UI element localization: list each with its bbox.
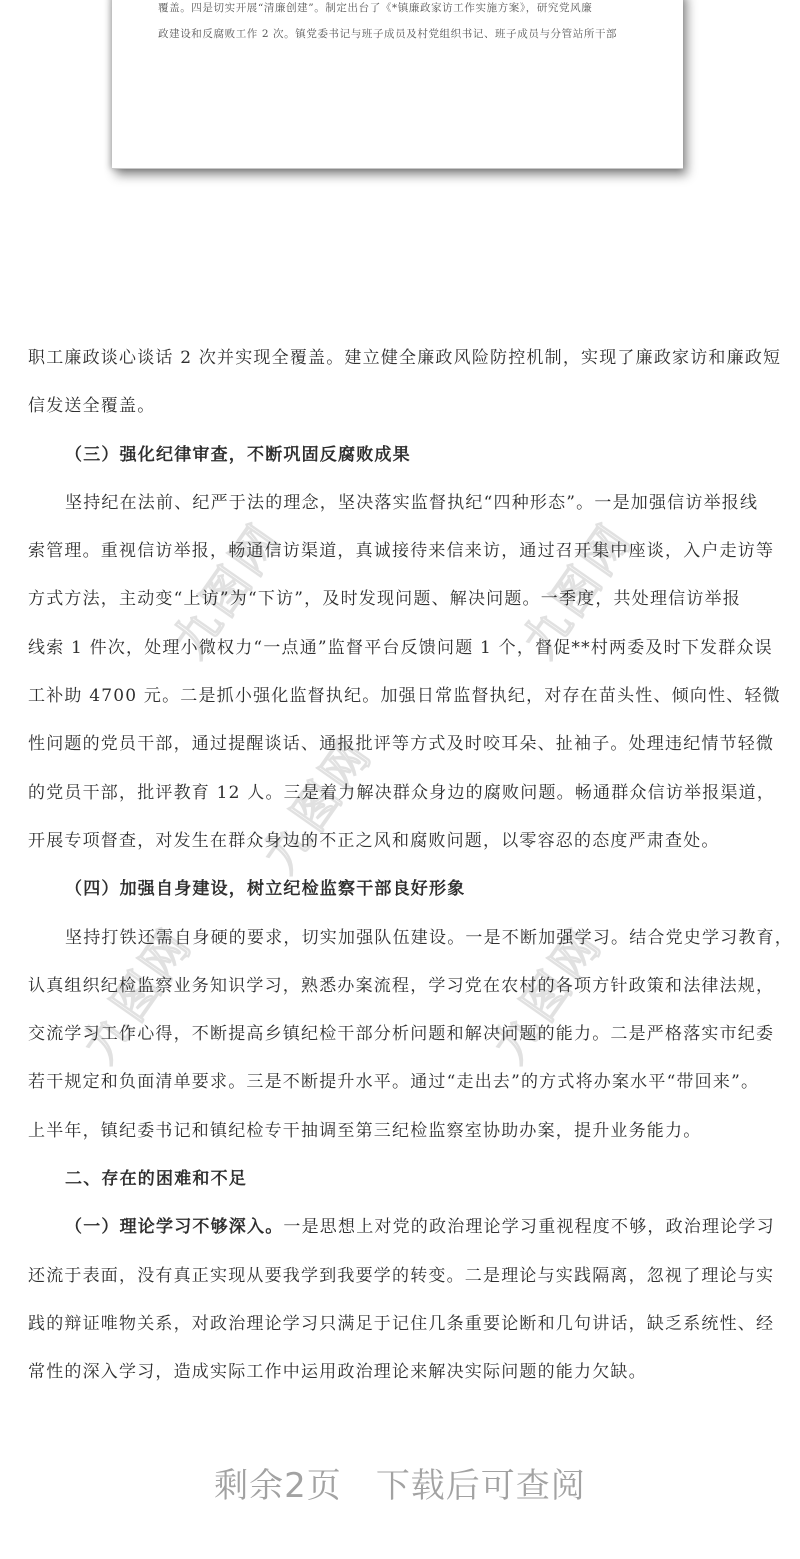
- section-heading: 二、存在的困难和不足: [28, 1159, 776, 1207]
- text-line: 开展专项督查，对发生在群众身边的不正之风和腐败问题，以零容忍的态度严肃查处。: [28, 821, 776, 869]
- text-line: （一）理论学习不够深入。一是思想上对党的政治理论学习重视程度不够，政治理论学习: [28, 1207, 776, 1255]
- text-line: 方式方法，主动变“上访”为“下访”，及时发现问题、解决问题。一季度，共处理信访举…: [28, 579, 776, 627]
- text-line: 践的辩证唯物关系，对政治理论学习只满足于记住几条重要论断和几句讲话，缺乏系统性、…: [28, 1304, 776, 1352]
- document-body: 职工廉政谈心谈话 2 次并实现全覆盖。建立健全廉政风险防控机制，实现了廉政家访和…: [28, 338, 776, 1401]
- text-line: 性问题的党员干部，通过提醒谈话、通报批评等方式及时咬耳朵、扯袖子。处理违纪情节轻…: [28, 724, 776, 772]
- text-line: 坚持纪在法前、纪严于法的理念，坚决落实监督执纪“四种形态”。一是加强信访举报线: [28, 483, 776, 531]
- text-line: 认真组织纪检监察业务知识学习，熟悉办案流程，学习党在农村的各项方针政策和法律法规…: [28, 966, 776, 1014]
- text-line: 上半年，镇纪委书记和镇纪检专干抽调至第三纪检监察室协助办案，提升业务能力。: [28, 1111, 776, 1159]
- text-run: 一是思想上对党的政治理论学习重视程度不够，政治理论学习: [283, 1217, 774, 1237]
- remaining-pages-label: 剩余2页: [214, 1466, 342, 1506]
- preview-text-line: 政建设和反腐败工作 2 次。镇党委书记与班子成员及村党组织书记、班子成员与分管站…: [158, 26, 617, 41]
- section-heading: （四）加强自身建设，树立纪检监察干部良好形象: [28, 869, 776, 917]
- subsection-heading: （一）理论学习不够深入。: [65, 1217, 283, 1237]
- text-line: 的党员干部，批评教育 12 人。三是着力解决群众身边的腐败问题。畅通群众信访举报…: [28, 773, 776, 821]
- text-line: 交流学习工作心得，不断提高乡镇纪检干部分析问题和解决问题的能力。二是严格落实市纪…: [28, 1014, 776, 1062]
- text-line: 若干规定和负面清单要求。三是不断提升水平。通过“走出去”的方式将办案水平“带回来…: [28, 1062, 776, 1110]
- text-line: 还流于表面，没有真正实现从要我学到我要学的转变。二是理论与实践隔离，忽视了理论与…: [28, 1256, 776, 1304]
- preview-text-line: 覆盖。四是切实开展“清廉创建”。制定出台了《*镇廉政家访工作实施方案》，研究党风…: [158, 0, 592, 15]
- document-page-preview: 覆盖。四是切实开展“清廉创建”。制定出台了《*镇廉政家访工作实施方案》，研究党风…: [112, 0, 683, 169]
- download-prompt[interactable]: 剩余2页下载后可查阅: [0, 1458, 800, 1507]
- download-hint-label: 下载后可查阅: [376, 1466, 586, 1506]
- text-line: 工补助 4700 元。二是抓小强化监督执纪。加强日常监督执纪，对存在苗头性、倾向…: [28, 676, 776, 724]
- text-line: 坚持打铁还需自身硬的要求，切实加强队伍建设。一是不断加强学习。结合党史学习教育，: [28, 918, 776, 966]
- text-line: 线索 1 件次，处理小微权力“一点通”监督平台反馈问题 1 个，督促**村两委及…: [28, 628, 776, 676]
- text-line: 常性的深入学习，造成实际工作中运用政治理论来解决实际问题的能力欠缺。: [28, 1352, 776, 1400]
- section-heading: （三）强化纪律审查，不断巩固反腐败成果: [28, 435, 776, 483]
- text-line: 索管理。重视信访举报，畅通信访渠道，真诚接待来信来访，通过召开集中座谈，入户走访…: [28, 531, 776, 579]
- text-line: 信发送全覆盖。: [28, 386, 776, 434]
- text-line: 职工廉政谈心谈话 2 次并实现全覆盖。建立健全廉政风险防控机制，实现了廉政家访和…: [28, 338, 776, 386]
